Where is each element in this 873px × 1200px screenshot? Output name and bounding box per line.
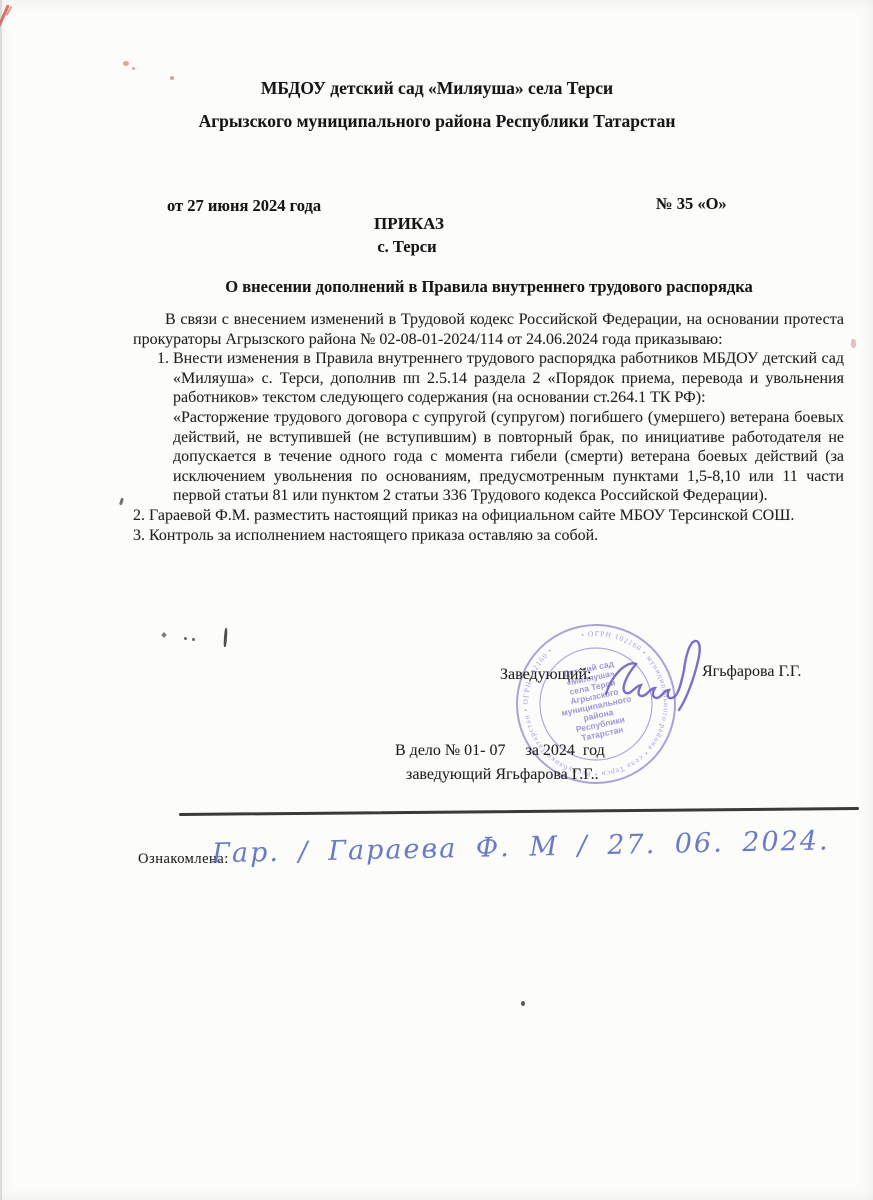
scan-edge-shadow — [0, 0, 2, 1200]
order-number: № 35 «О» — [656, 194, 727, 214]
scan-artifact-pen-dot-2 — [192, 638, 195, 641]
item-1-text: Внести изменения в Правила внутреннего т… — [173, 349, 844, 408]
scan-artifact-pen-dot-1 — [184, 637, 187, 640]
order-item-2: 2. Гараевой Ф.М. разместить настоящий пр… — [133, 506, 844, 526]
scan-artifact-red-speck — [123, 61, 129, 66]
scan-artifact-red-speck-3 — [170, 76, 174, 80]
order-date: от 27 июня 2024 года — [167, 196, 321, 216]
signature-role-label: Заведующий: — [500, 666, 591, 684]
order-item-1: 1. Внести изменения в Правила внутреннег… — [133, 349, 844, 506]
scan-artifact-red-speck-2 — [132, 67, 135, 70]
file-note-line1: В дело № 01- 07 за 2024 год — [395, 742, 605, 760]
scan-artifact-pink-edge — [851, 339, 856, 348]
document-subject: О внесении дополнений в Правила внутренн… — [225, 277, 753, 297]
item-1-number: 1. — [157, 349, 169, 369]
director-signature — [598, 636, 710, 736]
order-item-3: 3. Контроль за исполнением настоящего пр… — [133, 526, 844, 546]
intro-paragraph: В связи с внесением изменений в Трудовой… — [133, 310, 844, 349]
signature-name: Ягьфарова Г.Г. — [702, 663, 801, 681]
acknowledged-handwritten-signature: Гар. / Гараева Ф. М / 27. 06. 2024. — [212, 826, 813, 870]
document-type-title: ПРИКАЗ — [374, 214, 444, 234]
scan-artifact-dot — [521, 1001, 525, 1006]
file-note-line2: заведующий Ягьфарова Г.Г.. — [406, 766, 599, 784]
document-place: с. Терси — [377, 237, 436, 257]
scan-artifact-pen-stroke — [223, 628, 227, 647]
separator-line — [179, 807, 859, 816]
order-body: В связи с внесением изменений в Трудовой… — [133, 310, 844, 545]
item-1-quote: «Расторжение трудового договора с супруг… — [173, 408, 844, 506]
organization-name-line1: МБДОУ детский сад «Миляуша» села Терси — [261, 78, 613, 99]
scan-artifact-pen-mark-1 — [161, 632, 167, 638]
scan-artifact-ink-comma — [119, 498, 124, 506]
organization-name-line2: Агрызского муниципального района Республ… — [199, 111, 676, 132]
scanned-order-document: МБДОУ детский сад «Миляуша» села Терси А… — [0, 0, 873, 1200]
